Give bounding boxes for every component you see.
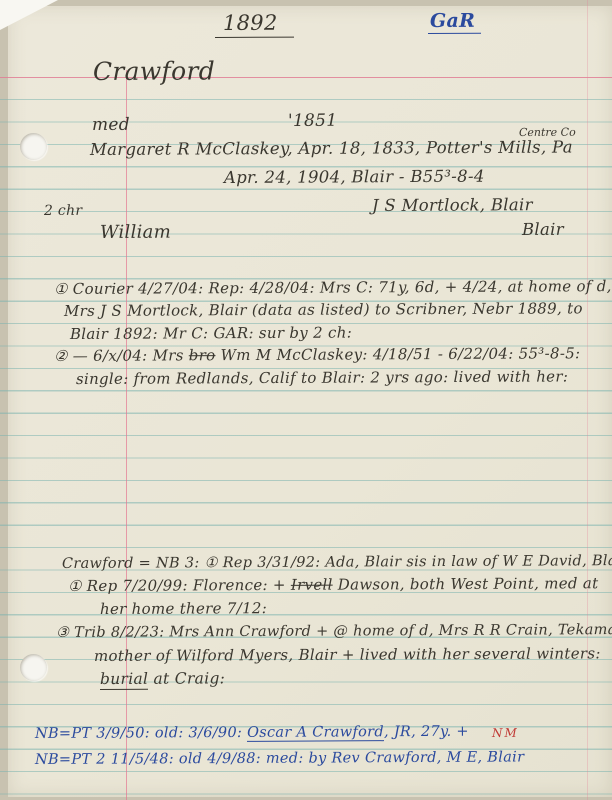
scanned-notebook-page: 1892 GaR Crawford med '1851 Centre Co Ma… xyxy=(0,0,612,800)
obit-note-line: ② — 6/x/04: Mrs bro Wm M McClaskey: 4/18… xyxy=(54,345,581,365)
struck-word: bro xyxy=(189,346,216,364)
entry-birth-year: '1851 xyxy=(288,112,338,132)
hole-punch-bottom xyxy=(20,654,47,681)
heading-year-text: 1892 xyxy=(215,11,294,38)
nm-flag: NM xyxy=(492,727,519,741)
nb-note-segment: NB=PT 3/9/50: old: 3/6/90: xyxy=(35,725,247,742)
struck-word: Irvell xyxy=(291,576,333,594)
entry-death-line: Apr. 24, 1904, Blair - B55³-8-4 xyxy=(224,168,485,188)
obit-note-line: single: from Redlands, Calif to Blair: 2… xyxy=(76,368,568,388)
heading-surname: Crawford xyxy=(93,57,215,86)
underlined-word: burial xyxy=(100,670,148,690)
left-margin-rule xyxy=(126,70,127,800)
underlined-name: Oscar A Crawford xyxy=(247,724,384,742)
family-note-line: mother of Wilford Myers, Blair + lived w… xyxy=(94,645,601,665)
family-note-line: her home there 7/12: xyxy=(100,600,267,618)
family-note-line: ① Rep 7/20/99: Florence: + Irvell Dawson… xyxy=(68,575,599,595)
nb-note-line: NB=PT 3/9/50: old: 3/6/90: Oscar A Crawf… xyxy=(35,724,469,743)
family-note-line: burial at Craig: xyxy=(100,670,225,688)
right-margin-rule xyxy=(587,0,588,800)
hole-punch-top xyxy=(20,133,47,160)
heading-org-text: GaR xyxy=(428,10,481,34)
entry-informant-place: Blair xyxy=(522,221,564,240)
family-note-line: Crawford = NB 3: ① Rep 3/31/92: Ada, Bla… xyxy=(62,553,612,573)
obit-note-segment: ② — 6/x/04: Mrs xyxy=(54,346,189,365)
obit-note-segment: Wm M McClaskey: 4/18/51 - 6/22/04: 55³-8… xyxy=(215,344,580,364)
nb-note-segment: , JR, 27y. + xyxy=(384,724,469,740)
entry-children-note: 2 chr xyxy=(44,203,83,219)
heading-year: 1892 xyxy=(215,11,294,36)
heading-org: GaR xyxy=(428,11,481,33)
obit-note-line: Blair 1892: Mr C: GAR: sur by 2 ch: xyxy=(70,325,352,344)
top-margin-rule xyxy=(0,77,612,78)
entry-spouse: William xyxy=(100,223,171,244)
obit-note-line: ① Courier 4/27/04: Rep: 4/28/04: Mrs C: … xyxy=(54,278,612,298)
family-note-segment: at Craig: xyxy=(148,669,225,687)
family-note-line: ③ Trib 8/2/23: Mrs Ann Crawford + @ home… xyxy=(56,622,612,642)
entry-informant: J S Mortlock, Blair xyxy=(372,196,533,216)
family-note-segment: Dawson, both West Point, med at xyxy=(333,574,599,593)
nb-note-line: NB=PT 2 11/5/48: old 4/9/88: med: by Rev… xyxy=(35,749,524,768)
obit-note-line: Mrs J S Mortlock, Blair (data as listed)… xyxy=(64,300,583,320)
family-note-segment: ① Rep 7/20/99: Florence: + xyxy=(68,576,291,595)
entry-status: med xyxy=(92,116,130,136)
entry-name-line: Margaret R McClaskey, Apr. 18, 1833, Pot… xyxy=(90,138,573,159)
